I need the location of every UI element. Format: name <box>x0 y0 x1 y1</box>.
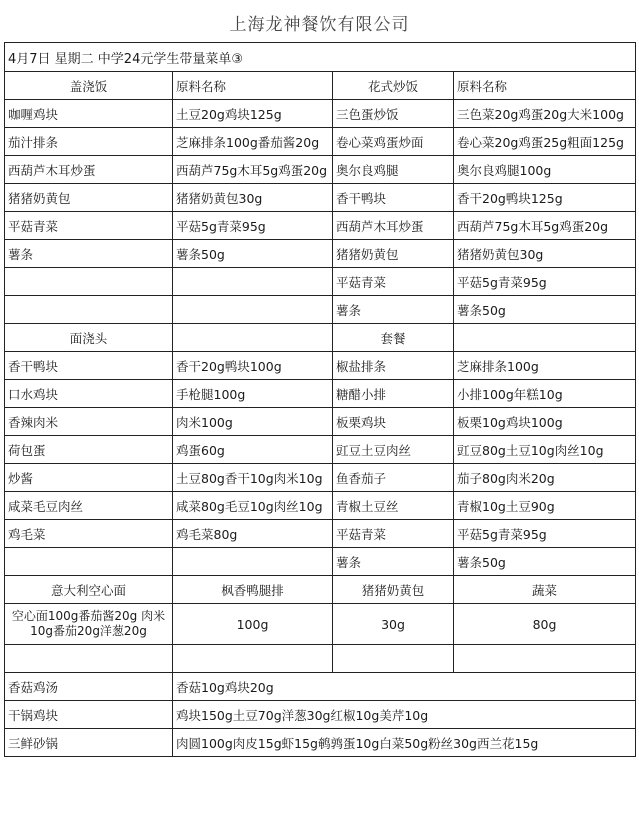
dish-name: 豇豆土豆肉丝 <box>333 436 454 464</box>
dish-name: 荷包蛋 <box>5 436 173 464</box>
dish-name: 板栗鸡块 <box>333 408 454 436</box>
column-header: 意大利空心面 <box>5 576 173 604</box>
table-row: 猪猪奶黄包猪猪奶黄包30g香干鸭块香干20g鸭块125g <box>5 184 636 212</box>
dish-name: 平菇青菜 <box>5 212 173 240</box>
ingredient-amount: 100g <box>173 604 333 645</box>
dish-name: 椒盐排条 <box>333 352 454 380</box>
ingredients: 卷心菜20g鸡蛋25g粗面125g <box>454 128 636 156</box>
dish-name: 咖喱鸡块 <box>5 100 173 128</box>
dish-name: 干锅鸡块 <box>5 701 173 729</box>
dish-name: 西葫芦木耳炒蛋 <box>5 156 173 184</box>
dish-name: 鱼香茄子 <box>333 464 454 492</box>
dish-name: 香菇鸡汤 <box>5 673 173 701</box>
table-row: 香干鸭块香干20g鸭块100g椒盐排条芝麻排条100g <box>5 352 636 380</box>
table-row: 三鲜砂锅肉圆100g肉皮15g虾15g鹌鹑蛋10g白菜50g粉丝30g西兰花15… <box>5 729 636 757</box>
table-row: 鸡毛菜鸡毛菜80g平菇青菜平菇5g青菜95g <box>5 520 636 548</box>
column-header: 套餐 <box>333 324 454 352</box>
ingredients: 西葫芦75g木耳5g鸡蛋20g <box>454 212 636 240</box>
dish-name: 口水鸡块 <box>5 380 173 408</box>
table-row: 咸菜毛豆肉丝咸菜80g毛豆10g肉丝10g青椒土豆丝青椒10g土豆90g <box>5 492 636 520</box>
dish-name: 薯条 <box>333 548 454 576</box>
ingredients: 肉米100g <box>173 408 333 436</box>
empty-cell <box>333 645 454 673</box>
table-row: 茄汁排条芝麻排条100g番茄酱20g卷心菜鸡蛋炒面卷心菜20g鸡蛋25g粗面12… <box>5 128 636 156</box>
ingredients: 板栗10g鸡块100g <box>454 408 636 436</box>
ingredients: 芝麻排条100g番茄酱20g <box>173 128 333 156</box>
ingredients: 三色菜20g鸡蛋20g大米100g <box>454 100 636 128</box>
ingredients: 茄子80g肉米20g <box>454 464 636 492</box>
column-header <box>454 324 636 352</box>
column-header: 枫香鸭腿排 <box>173 576 333 604</box>
table-row: 香菇鸡汤香菇10g鸡块20g <box>5 673 636 701</box>
dish-name: 西葫芦木耳炒蛋 <box>333 212 454 240</box>
dish-name: 三色蛋炒饭 <box>333 100 454 128</box>
column-header <box>173 324 333 352</box>
ingredients: 青椒10g土豆90g <box>454 492 636 520</box>
ingredient-amount: 空心面100g番茄酱20g 肉米10g番茄20g洋葱20g <box>5 604 173 645</box>
ingredients: 豇豆80g土豆10g肉丝10g <box>454 436 636 464</box>
ingredient-amount: 80g <box>454 604 636 645</box>
empty-cell <box>173 645 333 673</box>
company-title: 上海龙神餐饮有限公司 <box>0 10 639 35</box>
section3-value-row: 空心面100g番茄酱20g 肉米10g番茄20g洋葱20g100g30g80g <box>5 604 636 645</box>
table-row: 炒酱土豆80g香干10g肉米10g鱼香茄子茄子80g肉米20g <box>5 464 636 492</box>
dish-name: 炒酱 <box>5 464 173 492</box>
ingredients <box>173 268 333 296</box>
menu-table: 4月7日 星期二 中学24元学生带量菜单③ 盖浇饭原料名称花式炒饭原料名称咖喱鸡… <box>4 42 636 757</box>
empty-row <box>5 645 636 673</box>
dish-name <box>5 296 173 324</box>
table-row: 咖喱鸡块土豆20g鸡块125g三色蛋炒饭三色菜20g鸡蛋20g大米100g <box>5 100 636 128</box>
section-header-row: 盖浇饭原料名称花式炒饭原料名称 <box>5 72 636 100</box>
dish-name: 猪猪奶黄包 <box>5 184 173 212</box>
dish-name: 平菇青菜 <box>333 268 454 296</box>
dish-name <box>5 268 173 296</box>
column-header: 盖浇饭 <box>5 72 173 100</box>
table-row: 平菇青菜平菇5g青菜95g西葫芦木耳炒蛋西葫芦75g木耳5g鸡蛋20g <box>5 212 636 240</box>
ingredients: 薯条50g <box>454 548 636 576</box>
table-row: 平菇青菜平菇5g青菜95g <box>5 268 636 296</box>
empty-cell <box>454 645 636 673</box>
table-row: 薯条薯条50g <box>5 296 636 324</box>
ingredients: 西葫芦75g木耳5g鸡蛋20g <box>173 156 333 184</box>
ingredients: 猪猪奶黄包30g <box>173 184 333 212</box>
column-header: 面浇头 <box>5 324 173 352</box>
ingredients: 香干20g鸭块100g <box>173 352 333 380</box>
table-row: 西葫芦木耳炒蛋西葫芦75g木耳5g鸡蛋20g奥尔良鸡腿奥尔良鸡腿100g <box>5 156 636 184</box>
ingredients: 小排100g年糕10g <box>454 380 636 408</box>
ingredients: 薯条50g <box>173 240 333 268</box>
section3-header-row: 意大利空心面枫香鸭腿排猪猪奶黄包蔬菜 <box>5 576 636 604</box>
dish-name: 糖醋小排 <box>333 380 454 408</box>
dish-name: 青椒土豆丝 <box>333 492 454 520</box>
ingredients: 奥尔良鸡腿100g <box>454 156 636 184</box>
dish-name <box>5 548 173 576</box>
ingredients: 土豆80g香干10g肉米10g <box>173 464 333 492</box>
dish-name: 平菇青菜 <box>333 520 454 548</box>
dish-name: 香干鸭块 <box>5 352 173 380</box>
dish-name: 茄汁排条 <box>5 128 173 156</box>
ingredients: 平菇5g青菜95g <box>454 520 636 548</box>
section-header-row: 面浇头套餐 <box>5 324 636 352</box>
ingredients: 鸡毛菜80g <box>173 520 333 548</box>
ingredients <box>173 296 333 324</box>
dish-name: 薯条 <box>5 240 173 268</box>
dish-name: 香辣肉米 <box>5 408 173 436</box>
dish-name: 三鲜砂锅 <box>5 729 173 757</box>
ingredients: 咸菜80g毛豆10g肉丝10g <box>173 492 333 520</box>
table-row: 薯条薯条50g猪猪奶黄包猪猪奶黄包30g <box>5 240 636 268</box>
dish-name: 咸菜毛豆肉丝 <box>5 492 173 520</box>
ingredients: 鸡蛋60g <box>173 436 333 464</box>
dish-name: 猪猪奶黄包 <box>333 240 454 268</box>
ingredients <box>173 548 333 576</box>
ingredients: 薯条50g <box>454 296 636 324</box>
ingredients: 猪猪奶黄包30g <box>454 240 636 268</box>
column-header: 花式炒饭 <box>333 72 454 100</box>
ingredients: 香干20g鸭块125g <box>454 184 636 212</box>
column-header: 原料名称 <box>173 72 333 100</box>
ingredients: 平菇5g青菜95g <box>454 268 636 296</box>
dish-name: 香干鸭块 <box>333 184 454 212</box>
table-row: 薯条薯条50g <box>5 548 636 576</box>
table-row: 口水鸡块手枪腿100g糖醋小排小排100g年糕10g <box>5 380 636 408</box>
table-row: 干锅鸡块鸡块150g土豆70g洋葱30g红椒10g美芹10g <box>5 701 636 729</box>
ingredients: 土豆20g鸡块125g <box>173 100 333 128</box>
column-header: 猪猪奶黄包 <box>333 576 454 604</box>
ingredients: 芝麻排条100g <box>454 352 636 380</box>
ingredients: 手枪腿100g <box>173 380 333 408</box>
ingredients: 肉圆100g肉皮15g虾15g鹌鹑蛋10g白菜50g粉丝30g西兰花15g <box>173 729 636 757</box>
dish-name: 奥尔良鸡腿 <box>333 156 454 184</box>
dish-name: 薯条 <box>333 296 454 324</box>
column-header: 原料名称 <box>454 72 636 100</box>
ingredients: 鸡块150g土豆70g洋葱30g红椒10g美芹10g <box>173 701 636 729</box>
table-row: 香辣肉米肉米100g板栗鸡块板栗10g鸡块100g <box>5 408 636 436</box>
ingredients: 香菇10g鸡块20g <box>173 673 636 701</box>
column-header: 蔬菜 <box>454 576 636 604</box>
empty-cell <box>5 645 173 673</box>
dish-name: 卷心菜鸡蛋炒面 <box>333 128 454 156</box>
table-row: 荷包蛋鸡蛋60g豇豆土豆肉丝豇豆80g土豆10g肉丝10g <box>5 436 636 464</box>
ingredients: 平菇5g青菜95g <box>173 212 333 240</box>
ingredient-amount: 30g <box>333 604 454 645</box>
menu-heading: 4月7日 星期二 中学24元学生带量菜单③ <box>5 43 636 72</box>
dish-name: 鸡毛菜 <box>5 520 173 548</box>
